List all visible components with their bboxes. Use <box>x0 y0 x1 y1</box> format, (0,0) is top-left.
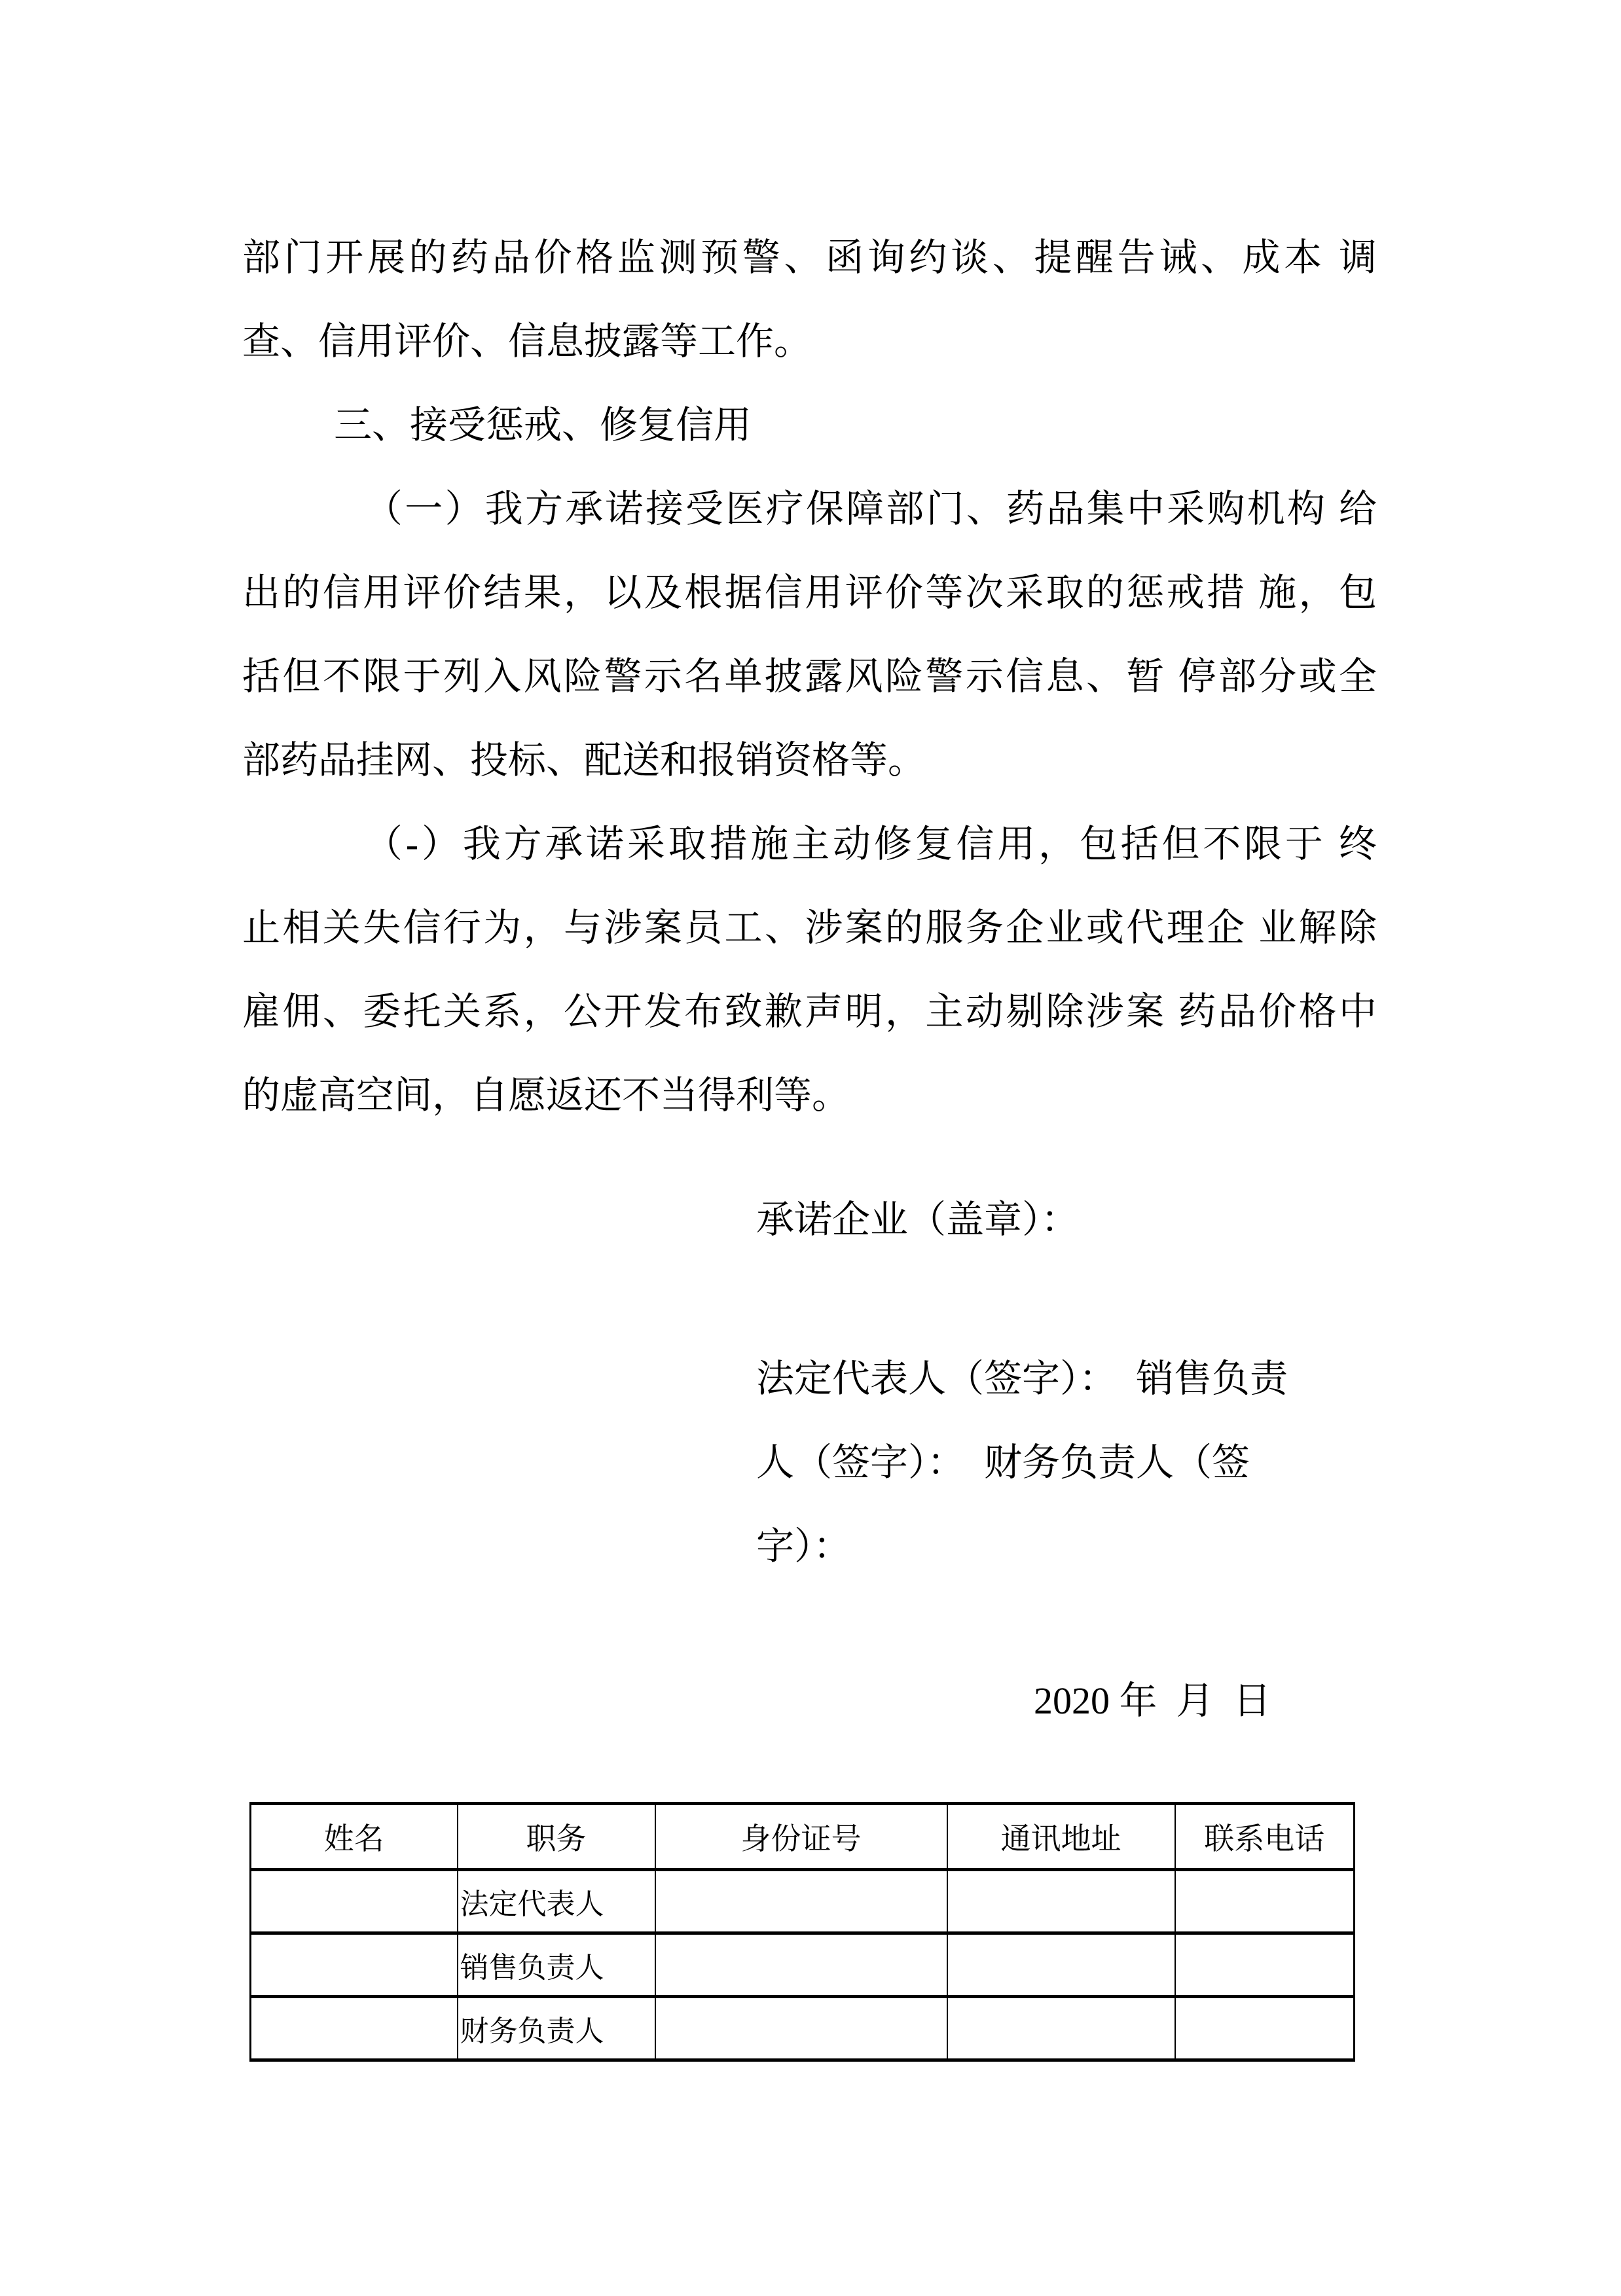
table-cell-role: 法定代表人 <box>458 1870 655 1933</box>
document-page: 部门开展的药品价格监测预警、函询约谈、提醒告诫、成本 调 查、信用评价、信息披露… <box>0 0 1621 2296</box>
table-header-title: 职务 <box>458 1804 655 1870</box>
table-row: 财务负责人 <box>251 1997 1355 2060</box>
signatory-table: 姓名 职务 身份证号 通讯地址 联系电话 法定代表人 销售负责人 <box>249 1802 1355 2062</box>
company-seal-line: 承诺企业（盖章）： <box>242 1178 1378 1262</box>
signatories-line-3: 字）： <box>242 1505 1378 1588</box>
table-cell <box>251 1870 458 1933</box>
table-header-address: 通讯地址 <box>947 1804 1175 1870</box>
body-line: （一）我方承诺接受医疗保障部门、药品集中采购机构 给 <box>242 467 1378 551</box>
table-cell <box>1175 1870 1355 1933</box>
table-header-row: 姓名 职务 身份证号 通讯地址 联系电话 <box>251 1804 1355 1870</box>
table-cell <box>655 1933 947 1997</box>
table-cell <box>947 1870 1175 1933</box>
signature-block: 承诺企业（盖章）： 法定代表人（签字）： 销售负责 人（签字）： 财务负责人（签… <box>242 1178 1378 1743</box>
table-header-phone: 联系电话 <box>1175 1804 1355 1870</box>
table-cell <box>1175 1997 1355 2060</box>
table-cell <box>251 1997 458 2060</box>
date-line: 2020 年 月 日 <box>242 1659 1378 1743</box>
body-line: 雇佣、委托关系，公开发布致歉声明，主动剔除涉案 药品价格中 <box>242 970 1378 1054</box>
table-cell <box>251 1933 458 1997</box>
table-row: 销售负责人 <box>251 1933 1355 1997</box>
table-row: 法定代表人 <box>251 1870 1355 1933</box>
table-cell <box>947 1933 1175 1997</box>
body-line: （-）我方承诺采取措施主动修复信用，包括但不限于 终 <box>242 802 1378 886</box>
signatories-line-1: 法定代表人（签字）： 销售负责 <box>242 1337 1378 1421</box>
body-line: 出的信用评价结果，以及根据信用评价等次采取的惩戒措 施，包 <box>242 551 1378 635</box>
body-line: 部门开展的药品价格监测预警、函询约谈、提醒告诫、成本 调 <box>242 216 1378 300</box>
body-line: 的虚高空间，自愿返还不当得利等。 <box>242 1054 1378 1138</box>
table-header-name: 姓名 <box>251 1804 458 1870</box>
document-content: 部门开展的药品价格监测预警、函询约谈、提醒告诫、成本 调 查、信用评价、信息披露… <box>242 216 1378 2062</box>
table-cell-role: 销售负责人 <box>458 1933 655 1997</box>
table-cell <box>655 1997 947 2060</box>
body-line: 查、信用评价、信息披露等工作。 <box>242 300 1378 384</box>
table-cell-role: 财务负责人 <box>458 1997 655 2060</box>
section-heading-line: 三、接受惩戒、修复信用 <box>242 384 1378 467</box>
table-cell <box>947 1997 1175 2060</box>
body-line: 止相关失信行为，与涉案员工、涉案的服务企业或代理企 业解除 <box>242 886 1378 970</box>
signatories-line-2: 人（签字）： 财务负责人（签 <box>242 1421 1378 1505</box>
body-line: 括但不限于列入风险警示名单披露风险警示信息、暂 停部分或全 <box>242 635 1378 719</box>
table-cell <box>1175 1933 1355 1997</box>
table-cell <box>655 1870 947 1933</box>
body-line: 部药品挂网、投标、配送和报销资格等。 <box>242 719 1378 802</box>
table-header-id: 身份证号 <box>655 1804 947 1870</box>
